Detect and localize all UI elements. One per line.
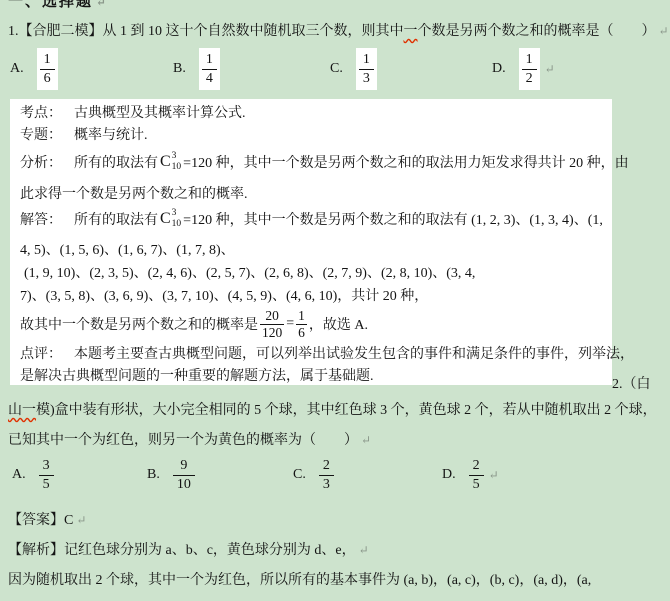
option-fraction: 14 <box>199 48 220 90</box>
solution-conclusion-line: 故其中一个数是另两个数之和的概率是20120=16，故选 A. <box>20 307 368 341</box>
option-fraction: 910 <box>173 457 195 493</box>
document-page: 一、选择题↵ 1.【合肥二模】从 1 到 10 这十个自然数中随机取三个数，则其… <box>0 0 670 601</box>
jieda-label: 解答： <box>20 209 62 229</box>
jieda-text-pre: 所有的取法有 <box>74 209 158 229</box>
question1-text-pre: 1.【合肥二模】从 1 到 10 这十个自然数中随机取三个数，则其中 <box>8 24 404 39</box>
question1-option-d: D. 12 ↵ <box>492 48 555 90</box>
zhuanti-label: 专题： <box>20 128 62 143</box>
solution-box: 考点：古典概型及其概率计算公式. 专题：概率与统计. 分析：所有的取法有C310… <box>10 99 612 385</box>
option-label: A. <box>12 467 26 483</box>
question2-events-line: 因为随机取出 2 个球，其中一个为红色，所以所有的基本事件为 (a, b)，(a… <box>8 569 591 589</box>
solution-jieda-line1: 解答：所有的取法有C310=120 种，其中一个数是另两个数之和的取法有 (1,… <box>20 203 603 235</box>
section-heading-text: 一、选择题 <box>8 0 93 10</box>
conclusion-text-post: ，故选 A. <box>309 314 368 334</box>
answer-label: 【答案】 <box>8 513 64 528</box>
question2-option-c: C. 23 <box>293 457 334 493</box>
answer-value: C <box>64 513 73 528</box>
combination-formula: C310 <box>160 151 181 173</box>
option-fraction: 16 <box>37 48 58 90</box>
question1-spellcheck-word: 一 <box>404 24 418 39</box>
return-mark-icon: ↵ <box>489 468 499 483</box>
solution-jieda-line4: 7)、(3, 5, 8)、(3, 6, 9)、(3, 7, 10)、(4, 5,… <box>20 285 428 305</box>
question2-stem-line2: 已知其中一个为红色，则另一个为黄色的概率为（ ）↵ <box>8 429 371 449</box>
option-label: B. <box>147 467 160 483</box>
question2-option-d: D. 25 ↵ <box>442 457 499 493</box>
kaodian-text: 古典概型及其概率计算公式. <box>74 106 246 121</box>
question1-stem: 1.【合肥二模】从 1 到 10 这十个自然数中随机取三个数，则其中一个数是另两… <box>8 20 669 40</box>
option-fraction: 35 <box>39 457 54 493</box>
option-label: C. <box>293 467 306 483</box>
option-fraction: 12 <box>519 48 540 90</box>
jieda-text-post: =120 种，其中一个数是另两个数之和的取法有 (1, 2, 3)、(1, 3,… <box>183 209 603 229</box>
kaodian-label: 考点： <box>20 106 62 121</box>
solution-dianping-line1: 点评：本题考主要查古典概型问题，可以列举出试验发生包含的事件和满足条件的事件，列… <box>20 343 634 363</box>
solution-fenxi-line2: 此求得一个数是另两个数之和的概率. <box>20 183 248 203</box>
option-label: D. <box>442 467 456 483</box>
equals-sign: = <box>286 316 294 332</box>
question2-option-a: A. 35 <box>12 457 54 493</box>
question2-stem-line1: 山一模)盒中装有形状，大小完全相同的 5 个球，其中红色球 3 个，黄色球 2 … <box>8 399 657 419</box>
fenxi-text-pre: 所有的取法有 <box>74 152 158 172</box>
conclusion-text-pre: 故其中一个数是另两个数之和的概率是 <box>20 314 258 334</box>
option-fraction: 23 <box>319 457 334 493</box>
solution-jieda-line3: (1, 9, 10)、(2, 3, 5)、(2, 4, 6)、(2, 5, 7)… <box>24 262 475 282</box>
combination-formula: C310 <box>160 208 181 230</box>
question1-option-c: C. 13 <box>330 48 377 90</box>
question1-options-row: A. 16 B. 14 C. 13 D. 12 ↵ <box>0 48 670 92</box>
question2-options-row: A. 35 B. 910 C. 23 D. 25 ↵ <box>0 457 670 505</box>
question1-option-b: B. 14 <box>173 48 220 90</box>
return-mark-icon: ↵ <box>96 0 108 9</box>
fenxi-label: 分析： <box>20 152 62 172</box>
option-label: B. <box>173 61 186 77</box>
dianping-label: 点评： <box>20 347 62 362</box>
question2-analysis-line: 【解析】记红色球分别为 a、b、c，黄色球分别为 d、e，↵ <box>8 539 369 559</box>
option-label: C. <box>330 61 343 77</box>
return-mark-icon: ↵ <box>359 543 369 557</box>
solution-jieda-line2: 4, 5)、(1, 5, 6)、(1, 6, 7)、(1, 7, 8)、 <box>20 239 235 259</box>
option-label: A. <box>10 61 24 77</box>
solution-zhuanti-line: 专题：概率与统计. <box>20 124 148 144</box>
question2-number-marker: 2.（白 <box>612 373 651 393</box>
solution-fenxi-line1: 分析：所有的取法有C310=120 种，其中一个数是另两个数之和的取法用力矩发求… <box>20 146 629 178</box>
return-mark-icon: ↵ <box>659 24 669 38</box>
option-fraction: 13 <box>356 48 377 90</box>
question2-spellcheck-word: 山一 <box>8 403 36 418</box>
option-fraction: 25 <box>469 457 484 493</box>
return-mark-icon: ↵ <box>545 62 555 77</box>
section-heading: 一、选择题↵ <box>8 0 108 11</box>
option-label: D. <box>492 61 506 77</box>
result-fraction: 16 <box>296 308 307 340</box>
solution-kaodian-line: 考点：古典概型及其概率计算公式. <box>20 102 246 122</box>
question2-option-b: B. 910 <box>147 457 195 493</box>
question1-option-a: A. 16 <box>10 48 58 90</box>
solution-dianping-line2: 是解决古典概型问题的一种重要的解题方法，属于基础题. <box>20 365 374 385</box>
zhuanti-text: 概率与统计. <box>74 128 148 143</box>
analysis-label: 【解析】 <box>8 543 64 558</box>
return-mark-icon: ↵ <box>361 433 371 447</box>
question2-answer-line: 【答案】C↵ <box>8 509 86 529</box>
probability-fraction: 20120 <box>260 308 284 340</box>
fenxi-text-post: =120 种，其中一个数是另两个数之和的取法用力矩发求得共计 20 种，由 <box>183 152 628 172</box>
question1-text-post: 个数是另两个数之和的概率是（ ） <box>418 24 656 39</box>
analysis-text: 记红色球分别为 a、b、c，黄色球分别为 d、e， <box>64 543 356 558</box>
return-mark-icon: ↵ <box>76 513 86 527</box>
